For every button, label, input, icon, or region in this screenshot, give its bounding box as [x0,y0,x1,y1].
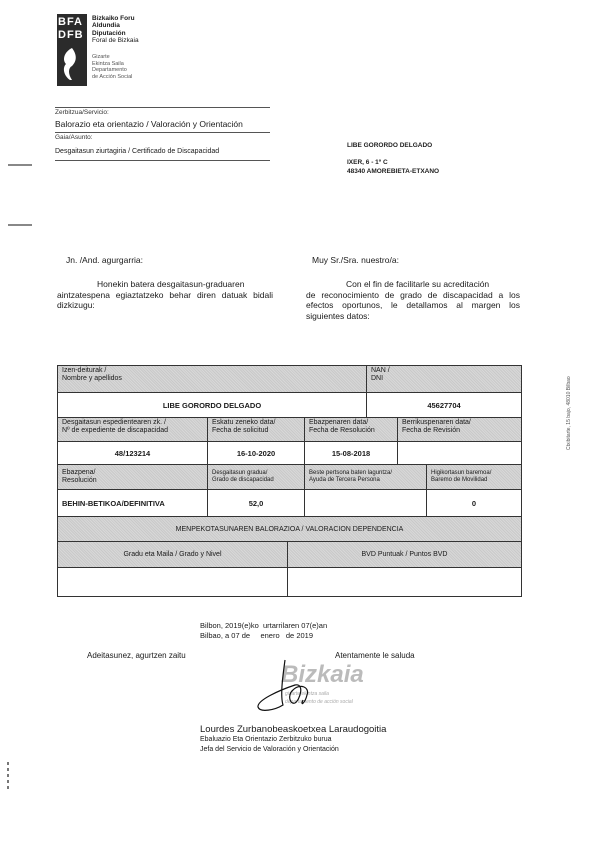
header-line: Ayuda de Tercera Persona [309,477,422,484]
dni-header: NAN / DNI [367,366,521,392]
table-row: Ebazpena/ Resolución Desgaitasun gradua/… [58,465,521,490]
grado-value: 52,0 [208,490,305,516]
paragraph-eu: Honekin batera desgaitasun-graduaren ain… [57,279,273,311]
table-row: Desgaitasun espedientearen zk. / Nº de e… [58,418,521,442]
movilidad-value: 0 [427,490,521,516]
header-line: Desgaitasun gradua/ [212,470,300,477]
org-name: Bizkaiko Foru Aldundia Diputación Foral … [92,15,139,44]
table-row: Gradu eta Maila / Grado y Nivel BVD Punt… [58,542,521,568]
dni-value: 45627704 [367,393,521,417]
fold-mark [8,224,32,226]
rule [55,107,270,108]
table-row [58,568,521,596]
header-line: Baremo de Movilidad [431,477,517,484]
header-line: NAN / [371,367,517,375]
recipient-city: 48340 AMOREBIETA-ETXANO [347,168,439,175]
side-address: Ctxibitarte, 15 bajo, 48010 Bilbao [566,376,572,450]
signer-title-es: Jefa del Servicio de Valoración y Orient… [200,745,386,755]
org-line: Diputación [92,30,139,37]
ayuda-value [305,490,427,516]
subject-value: Desgaitasun ziurtagiria / Certificado de… [55,148,270,155]
closing-eu: Adeitasunez, agurtzen zaitu [87,651,186,660]
resolucion-value: 15-08-2018 [305,442,398,464]
org-line: Foral de Bizkaia [92,37,139,44]
logo-letters: BFA DFB [58,16,84,42]
exp-value: 48/123214 [58,442,208,464]
header-line: Desgaitasun espedientearen zk. / [62,419,203,427]
header-line: Higikortasun baremoa/ [431,470,517,477]
table-row: MENPEKOTASUNAREN BALORAZIOA / VALORACION… [58,517,521,542]
header-line: Beste pertsona baten laguntza/ [309,470,422,477]
service-label: Zerbitzua/Servicio: [55,109,270,116]
header-line: Ebazpenaren data/ [309,419,393,427]
para-eu-first: Honekin batera desgaitasun-graduaren [57,279,273,290]
header-line: Fecha de Revisión [402,427,517,435]
logo-dfb: DFB [58,29,84,42]
official-stamp: Bizkaia gizarte ekintza saila departamen… [255,655,365,715]
header-line: Grado de discapacidad [212,477,300,484]
grado-nivel-value [58,568,288,596]
bvd-header: BVD Puntuak / Puntos BVD [288,542,521,567]
header-line: Nº de expediente de discapacidad [62,427,203,435]
para-es-rest: de reconocimiento de grado de discapacid… [306,290,520,321]
service-value: Balorazio eta orientazio / Valoración y … [55,119,270,129]
resol-type-value: BEHIN-BETIKOA/DEFINITIVA [58,490,208,516]
table-row: LIBE GORORDO DELGADO 45627704 [58,393,521,418]
margin-dots [7,762,9,792]
name-header: Izen-deiturak / Nombre y apellidos [58,366,367,392]
table-row: BEHIN-BETIKOA/DEFINITIVA 52,0 0 [58,490,521,517]
subject-label: Gaia/Asunto: [55,134,270,141]
signer-block: Lourdes Zurbanobeaskoetxea Laraudogoitia… [200,724,386,755]
greeting-eu: Jn. /And. agurgarria: [66,255,143,265]
header-line: Berrikuspenaren data/ [402,419,517,427]
solicitud-value: 16-10-2020 [208,442,305,464]
dept-line: de Acción Social [92,74,132,81]
rule [55,160,270,161]
date-es: Bilbao, a 07 de enero de 2019 [200,631,327,641]
para-eu-rest: aintzatespena egiaztatzeko behar diren d… [57,290,273,311]
resol-type-header: Ebazpena/ Resolución [58,465,208,489]
grado-nivel-header: Gradu eta Maila / Grado y Nivel [58,542,288,567]
revision-value [398,442,521,464]
greeting-es: Muy Sr./Sra. nuestro/a: [312,255,399,265]
logo-bfa: BFA [58,16,84,29]
header-line: Fecha de solicitud [212,427,300,435]
org-line: Bizkaiko Foru [92,15,139,22]
table-row: 48/123214 16-10-2020 15-08-2018 [58,442,521,465]
header-line: Fecha de Resolución [309,427,393,435]
header-line: Nombre y apellidos [62,375,362,383]
signature-icon [255,655,365,715]
fold-mark [8,164,32,166]
signer-name: Lourdes Zurbanobeaskoetxea Laraudogoitia [200,724,386,735]
header-line: Eskatu zeneko data/ [212,419,300,427]
header-line: Ebazpena/ [62,469,203,477]
dept-line: Departamento [92,67,132,74]
header-line: DNI [371,375,517,383]
header-line: Resolución [62,477,203,485]
signer-title-eu: Ebaluazio Eta Orientazio Zerbitzuko buru… [200,735,386,745]
exp-header: Desgaitasun espedientearen zk. / Nº de e… [58,418,208,441]
dependencia-title: MENPEKOTASUNAREN BALORAZIOA / VALORACION… [58,517,521,541]
date-eu: Bilbon, 2019(e)ko urtarrilaren 07(e)an [200,621,327,631]
recipient-name: LIBE GORORDO DELGADO [347,142,432,149]
certificate-table: Izen-deiturak / Nombre y apellidos NAN /… [57,365,522,597]
ayuda-header: Beste pertsona baten laguntza/ Ayuda de … [305,465,427,489]
org-line: Aldundia [92,22,139,29]
rule [55,132,270,133]
recipient-street: IXER, 6 - 1º C [347,159,388,166]
department-name: Gizarte Ekintza Saila Departamento de Ac… [92,54,132,80]
movilidad-header: Higikortasun baremoa/ Baremo de Movilida… [427,465,521,489]
revision-header: Berrikuspenaren data/ Fecha de Revisión [398,418,521,441]
resolucion-header: Ebazpenaren data/ Fecha de Resolución [305,418,398,441]
name-value: LIBE GORORDO DELGADO [58,393,367,417]
para-es-first: Con el fin de facilitarle su acreditació… [306,279,520,290]
table-row: Izen-deiturak / Nombre y apellidos NAN /… [58,366,521,393]
paragraph-es: Con el fin de facilitarle su acreditació… [306,279,520,321]
oak-leaf-icon [60,46,84,82]
bvd-value [288,568,521,596]
solicitud-header: Eskatu zeneko data/ Fecha de solicitud [208,418,305,441]
header-line: Izen-deiturak / [62,367,362,375]
grado-header: Desgaitasun gradua/ Grado de discapacida… [208,465,305,489]
letter-date: Bilbon, 2019(e)ko urtarrilaren 07(e)an B… [200,621,327,641]
